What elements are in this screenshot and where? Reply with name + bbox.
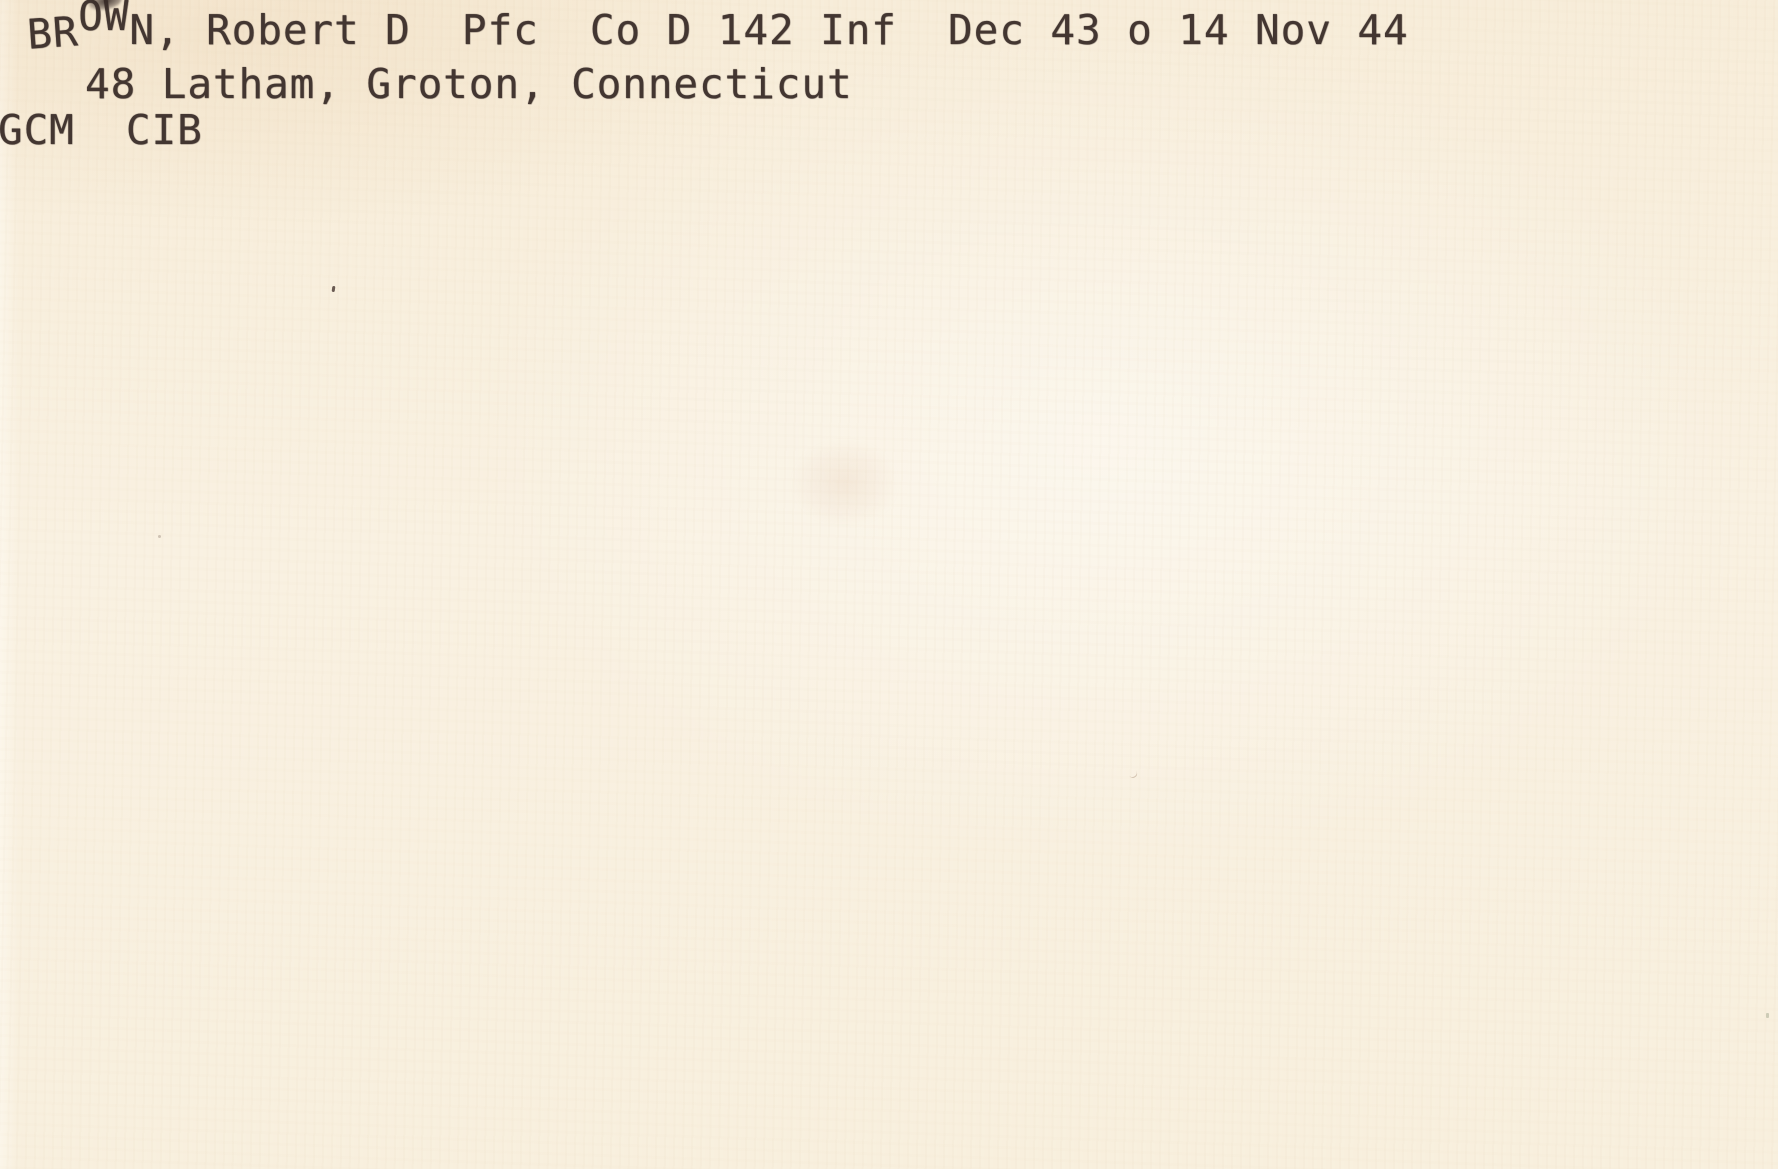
paper-scratch — [1126, 766, 1139, 779]
paper-speck — [1766, 1013, 1769, 1018]
address-line: 48 Latham, Groton, Connecticut — [85, 64, 853, 105]
paper-speck — [332, 286, 336, 292]
paper-speck — [158, 535, 161, 538]
name-rank-unit-line: BROWN, Robert D Pfc Co D 142 Inf Dec 43 … — [27, 10, 1409, 51]
paper-stain — [790, 438, 900, 528]
index-card: BROWN, Robert D Pfc Co D 142 Inf Dec 43 … — [0, 0, 1778, 1169]
name-line-rest: N, Robert D Pfc Co D 142 Inf Dec 43 o 14… — [129, 6, 1408, 54]
awards-line: GCM CIB — [0, 110, 203, 151]
surname-prefix: BR — [26, 11, 80, 55]
